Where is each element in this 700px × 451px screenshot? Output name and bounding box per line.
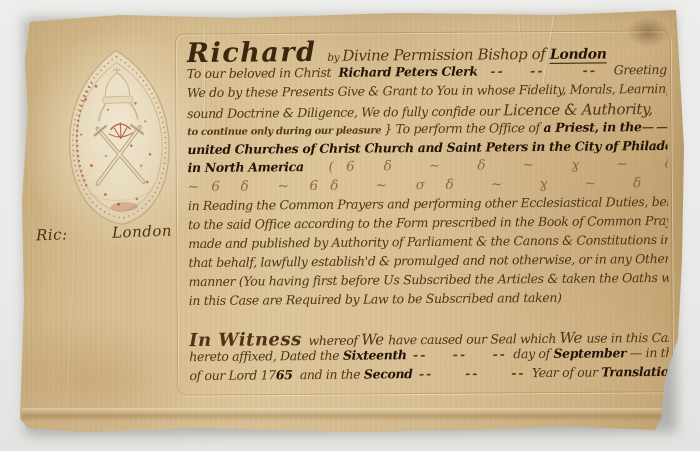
parchment-sheet: Ric: London Richard by Divine Permission…	[0, 0, 700, 451]
text-segment: — in the Year	[626, 345, 669, 361]
text-segment: in this Case are Required by Law to be S…	[189, 290, 562, 308]
text-segment: Sixteenth	[343, 348, 407, 364]
text-segment: We do by these Presents Give & Grant to …	[187, 81, 670, 100]
scanned-document-page: Ric: London Richard by Divine Permission…	[0, 0, 700, 451]
signature-see: London	[112, 222, 173, 242]
text-segment: of our Lord 17	[189, 368, 276, 384]
text-segment: 65	[276, 367, 293, 382]
text-segment: by	[327, 52, 342, 64]
text-segment: -- -- --	[412, 365, 531, 381]
text-segment: day of	[513, 346, 553, 361]
text-segment: united Churches of Christ Church and Sai…	[187, 137, 669, 157]
text-segment: Greeting	[614, 62, 667, 77]
embossed-episcopal-seal	[47, 38, 192, 237]
text-segment: We	[560, 329, 587, 347]
text-segment: Richard Peters Clerk	[338, 64, 477, 80]
text-segment: Translation.)	[601, 364, 669, 380]
text-segment: ( 6 δ ~ δ ~ ɣ ~ δ ~ 6	[304, 155, 670, 175]
text-segment: in North America	[188, 160, 304, 176]
fold-line	[22, 408, 662, 422]
text-segment: made and published by Authority of Parli…	[188, 232, 669, 251]
text-segment: have caused our Seal which	[388, 331, 560, 347]
text-segment: Year of our	[532, 365, 602, 381]
text-segment: September	[553, 346, 626, 362]
text-segment: manner (You having first before Us Subsc…	[189, 269, 670, 288]
text-segment: a Priest, in the	[543, 119, 641, 135]
text-segment: to continue only during our pleasure	[187, 125, 384, 138]
document-line: of our Lord 1765 and in the Second -- --…	[189, 364, 669, 387]
bishop-signature: Ric: London	[36, 222, 173, 245]
text-segment: Second	[364, 366, 413, 381]
text-segment: ——	[641, 119, 669, 134]
text-segment: that behalf, lawfully establish'd & prom…	[188, 251, 669, 270]
text-segment: Divine Permission Bishop of	[342, 45, 550, 65]
text-segment: sound Doctrine & Diligence, We do fully …	[187, 103, 503, 121]
document-line: Richard by Divine Permission Bishop of L…	[186, 34, 666, 66]
text-segment: To our beloved in Christ	[187, 65, 339, 81]
document-lines: Richard by Divine Permission Bishop of L…	[186, 34, 669, 394]
text-segment: use in this Case to be	[586, 330, 669, 346]
signature-abbrev: Ric:	[36, 225, 68, 244]
text-segment: London	[550, 46, 607, 63]
text-segment: We	[361, 331, 388, 349]
text-segment: whereof	[308, 333, 361, 348]
text-segment: } To perform the Office of	[384, 120, 543, 136]
text-segment: -- -- --	[478, 63, 597, 79]
text-segment: to the said Office according to the Form…	[188, 213, 670, 232]
text-segment: -- -- --	[407, 347, 514, 363]
text-segment: hereto affixed, Dated the	[189, 348, 343, 364]
text-segment: and in the	[292, 367, 363, 383]
text-segment: Licence & Authority,	[503, 100, 652, 119]
crease-line	[66, 250, 76, 410]
